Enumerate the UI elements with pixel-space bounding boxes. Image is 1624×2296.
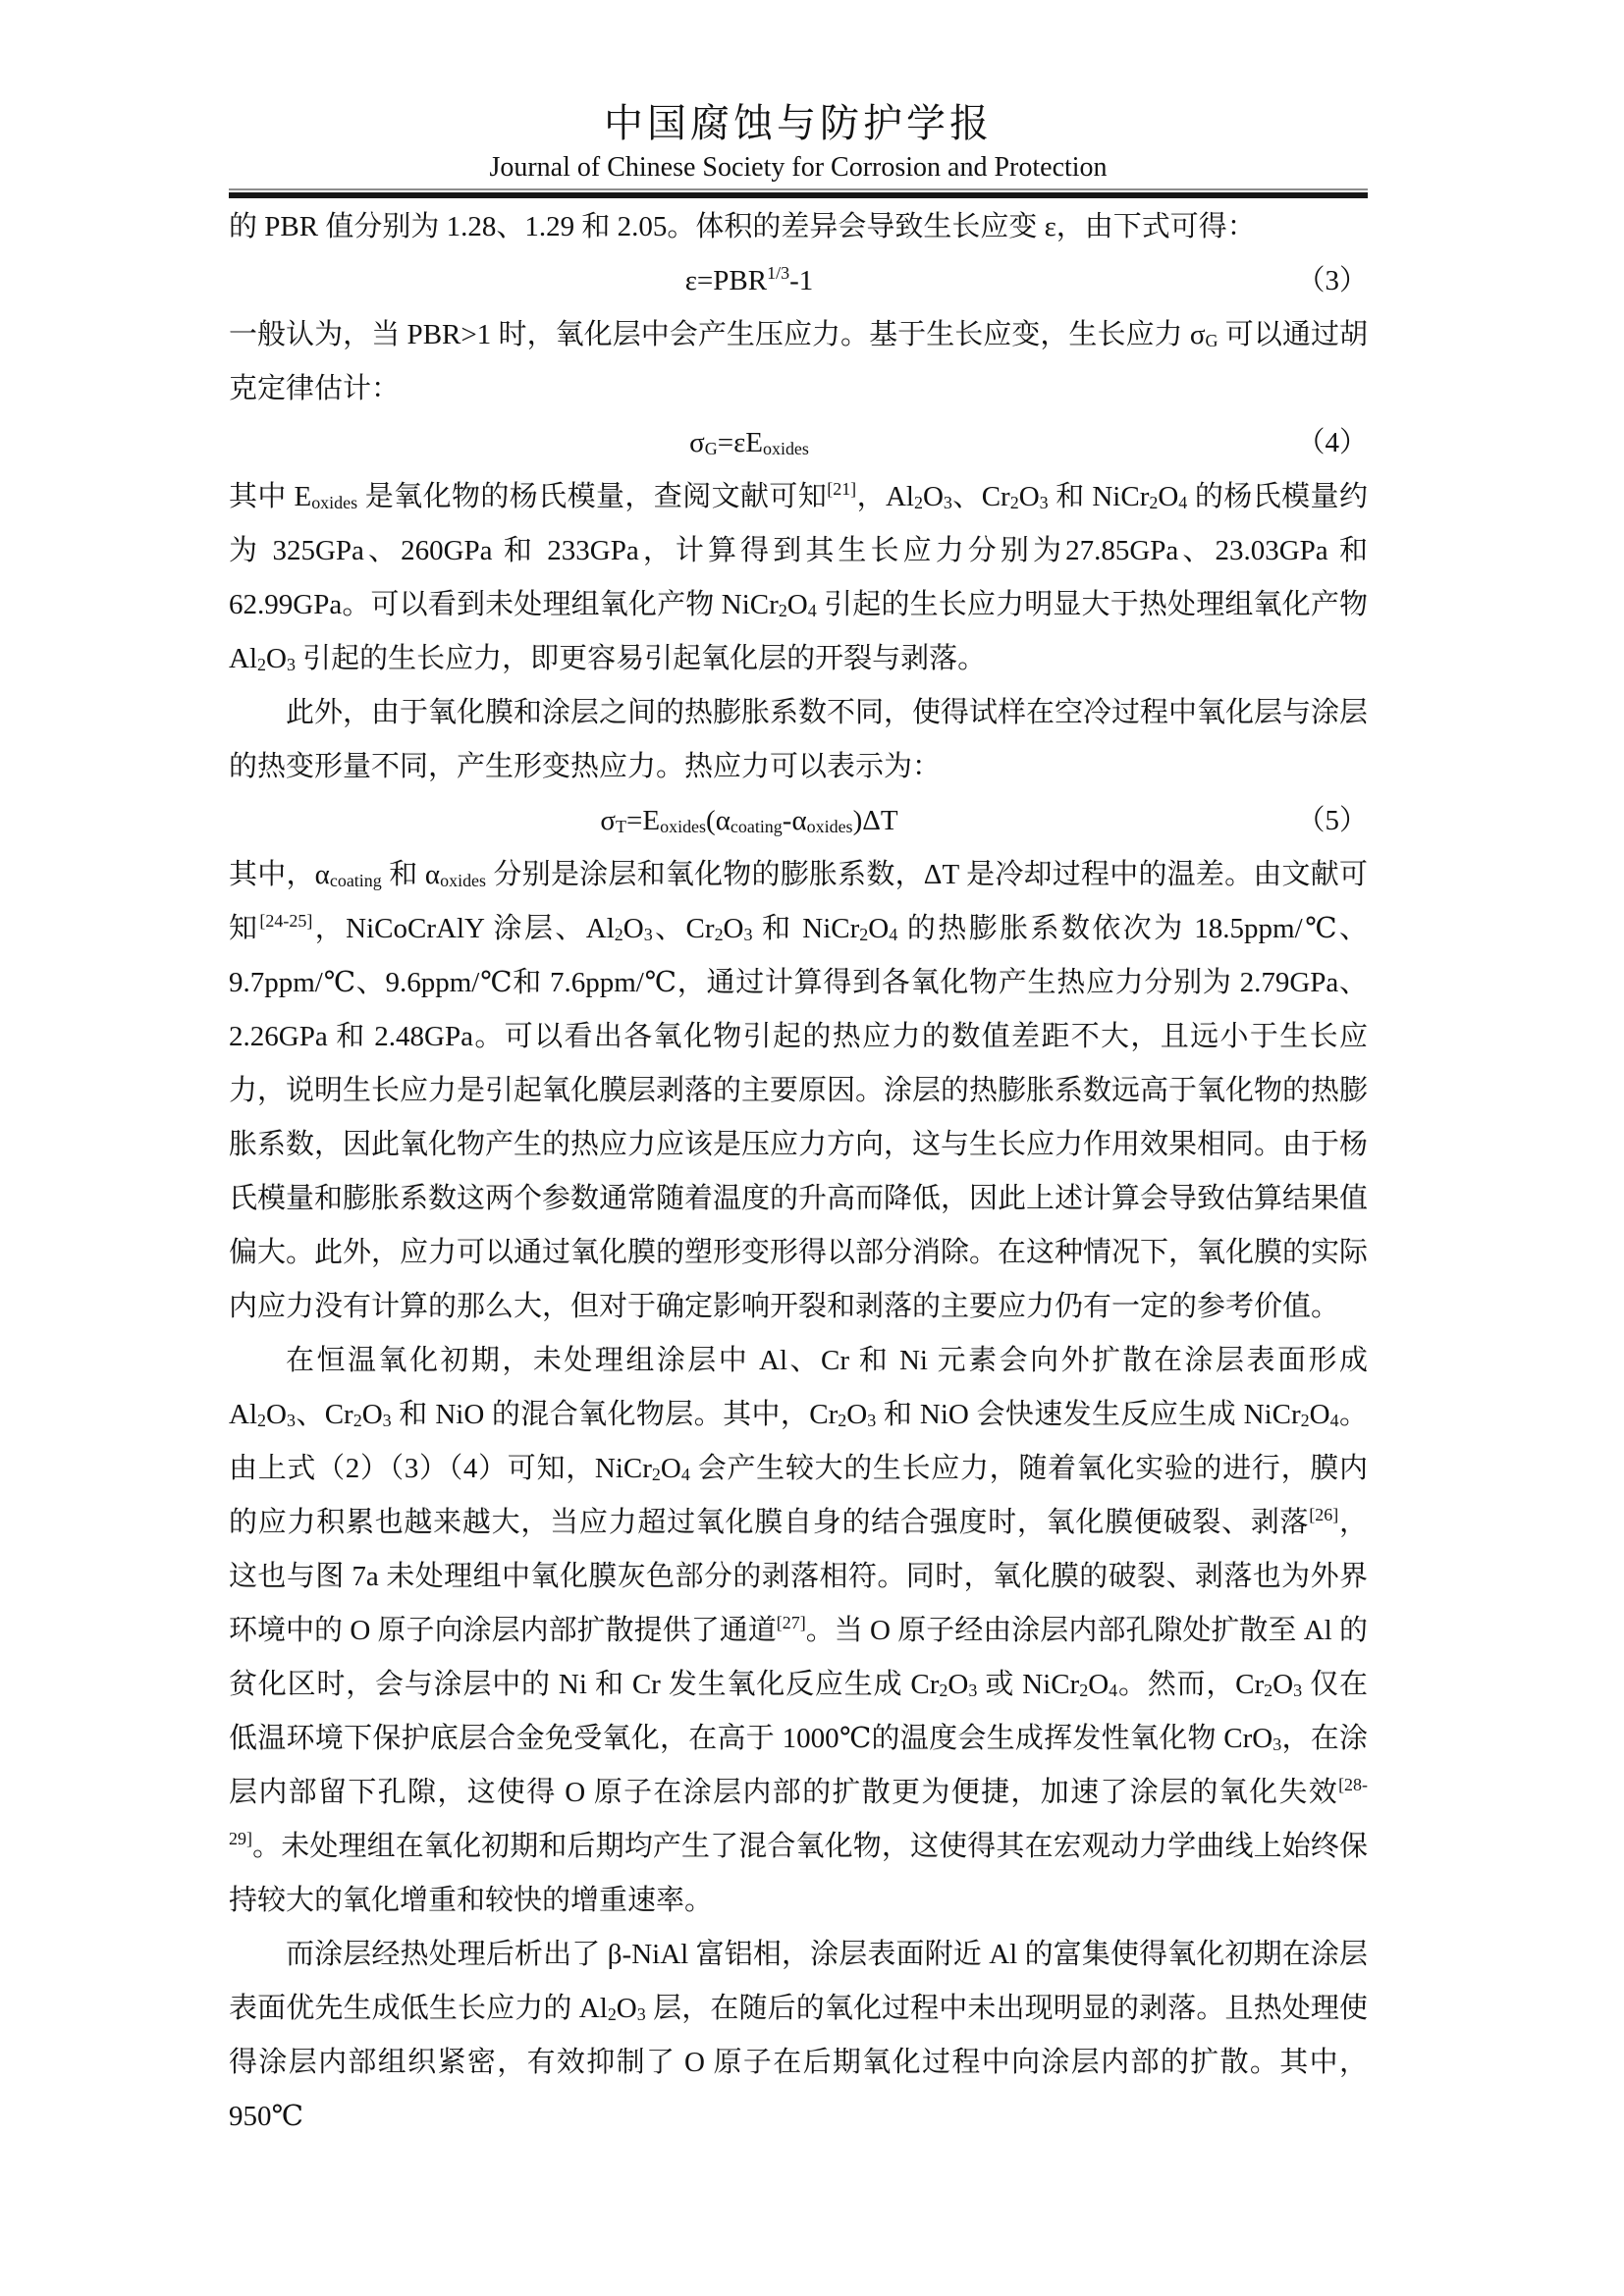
- subscript-text: 3: [383, 1411, 392, 1430]
- equation-expression: σT=Eoxides(αcoating-αoxides)ΔT: [600, 794, 897, 848]
- subscript-text: coating: [731, 817, 783, 836]
- subscript-text: 3: [744, 925, 753, 944]
- superscript-text: [27]: [777, 1613, 806, 1632]
- header-rule-thin-line: [229, 188, 1368, 190]
- subscript-text: 3: [287, 655, 296, 674]
- subscript-text: 4: [1330, 1411, 1339, 1430]
- subscript-text: 2: [1010, 493, 1019, 512]
- subscript-text: 2: [652, 1465, 661, 1484]
- subscript-text: 2: [257, 655, 266, 674]
- journal-title-chinese: 中国腐蚀与防护学报: [229, 98, 1368, 149]
- subscript-text: G: [705, 439, 718, 458]
- subscript-text: 2: [914, 493, 923, 512]
- subscript-text: 3: [944, 493, 952, 512]
- subscript-text: 3: [644, 925, 653, 944]
- document-canvas: { "header": { "title_zh": "中国腐蚀与防护学报", "…: [0, 0, 1624, 2296]
- subscript-text: 2: [1264, 1681, 1272, 1700]
- subscript-text: 3: [867, 1411, 876, 1430]
- subscript-text: T: [616, 817, 626, 836]
- superscript-text: 1/3: [767, 263, 789, 283]
- equation-number: （4）: [1296, 416, 1368, 470]
- subscript-text: 4: [1178, 493, 1187, 512]
- equation-row: σT=Eoxides(αcoating-αoxides)ΔT（5）: [229, 794, 1368, 848]
- paragraph: 其中，αcoating 和 αoxides 分别是涂层和氧化物的膨胀系数，ΔT …: [229, 848, 1368, 1334]
- subscript-text: 3: [287, 1411, 296, 1430]
- subscript-text: oxides: [311, 493, 357, 512]
- paragraph: 的 PBR 值分别为 1.28、1.29 和 2.05。体积的差异会导致生长应变…: [229, 200, 1368, 254]
- header-rule: [229, 188, 1368, 198]
- superscript-text: [24-25]: [259, 911, 312, 931]
- paragraph: 而涂层经热处理后析出了 β-NiAl 富铝相，涂层表面附近 Al 的富集使得氧化…: [229, 1928, 1368, 2144]
- subscript-text: 3: [968, 1681, 977, 1700]
- journal-header: 中国腐蚀与防护学报 Journal of Chinese Society for…: [229, 0, 1368, 198]
- subscript-text: 2: [615, 925, 623, 944]
- paragraph: 此外，由于氧化膜和涂层之间的热膨胀系数不同，使得试样在空冷过程中氧化层与涂层的热…: [229, 686, 1368, 794]
- subscript-text: 2: [859, 925, 868, 944]
- subscript-text: coating: [330, 871, 382, 890]
- paragraph: 在恒温氧化初期，未处理组涂层中 Al、Cr 和 Ni 元素会向外扩散在涂层表面形…: [229, 1334, 1368, 1928]
- subscript-text: 2: [939, 1681, 947, 1700]
- header-rule-thick-line: [229, 192, 1368, 198]
- equation-expression: σG=εEoxides: [689, 416, 809, 470]
- paragraph: 其中 Eoxides 是氧化物的杨氏模量，查阅文献可知[21]，Al2O3、Cr…: [229, 470, 1368, 686]
- subscript-text: 4: [889, 925, 897, 944]
- subscript-text: 2: [257, 1411, 266, 1430]
- subscript-text: 3: [1293, 1681, 1302, 1700]
- subscript-text: 2: [353, 1411, 362, 1430]
- superscript-text: [26]: [1309, 1505, 1338, 1524]
- subscript-text: G: [1206, 331, 1218, 350]
- subscript-text: 2: [779, 601, 787, 620]
- journal-title-english: Journal of Chinese Society for Corrosion…: [229, 151, 1368, 185]
- subscript-text: 3: [1040, 493, 1049, 512]
- equation-expression: ε=PBR1/3-1: [685, 254, 814, 308]
- subscript-text: 4: [808, 601, 817, 620]
- subscript-text: 3: [637, 2004, 646, 2024]
- equation-row: ε=PBR1/3-1（3）: [229, 254, 1368, 308]
- superscript-text: [21]: [827, 479, 856, 499]
- subscript-text: 2: [715, 925, 724, 944]
- subscript-text: 2: [608, 2004, 617, 2024]
- subscript-text: 2: [838, 1411, 846, 1430]
- paragraph: 一般认为，当 PBR>1 时，氧化层中会产生压应力。基于生长应变，生长应力 σG…: [229, 308, 1368, 416]
- subscript-text: 4: [1109, 1681, 1117, 1700]
- subscript-text: oxides: [763, 439, 809, 458]
- subscript-text: 3: [1272, 1735, 1281, 1754]
- superscript-text: [28-29]: [229, 1775, 1368, 1848]
- subscript-text: oxides: [440, 871, 486, 890]
- equation-row: σG=εEoxides（4）: [229, 416, 1368, 470]
- subscript-text: 2: [1149, 493, 1158, 512]
- subscript-text: 2: [1301, 1411, 1310, 1430]
- subscript-text: oxides: [807, 817, 853, 836]
- subscript-text: oxides: [660, 817, 706, 836]
- document-page: 中国腐蚀与防护学报 Journal of Chinese Society for…: [229, 0, 1368, 2296]
- equation-number: （3）: [1296, 254, 1368, 308]
- document-body: 的 PBR 值分别为 1.28、1.29 和 2.05。体积的差异会导致生长应变…: [229, 200, 1368, 2144]
- subscript-text: 4: [681, 1465, 690, 1484]
- equation-number: （5）: [1296, 794, 1368, 848]
- subscript-text: 2: [1079, 1681, 1088, 1700]
